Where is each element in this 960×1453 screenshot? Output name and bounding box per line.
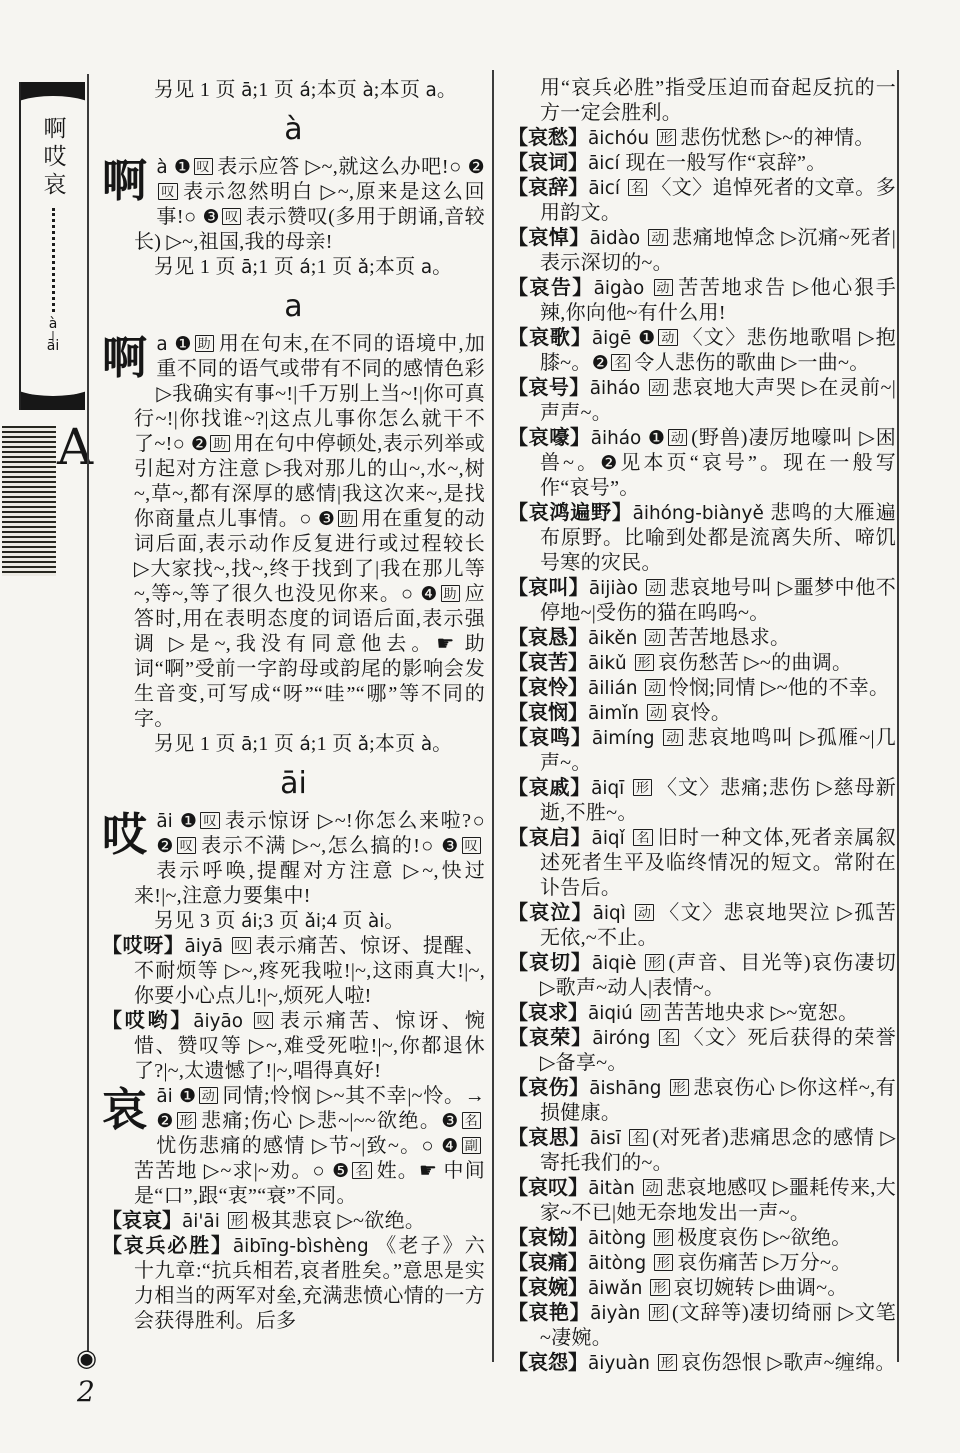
- entry-headword: 【哀泣】: [508, 902, 593, 924]
- entry-headword: 【哀词】: [508, 152, 588, 174]
- pinyin: āiwǎn: [588, 1278, 648, 1299]
- section-pinyin-header: à: [102, 112, 485, 148]
- text-run: 。: [384, 910, 404, 932]
- text-run: 哀怜。: [670, 702, 731, 724]
- pos-tag: 动: [663, 729, 682, 746]
- text-run: 苦苦地恳求。: [669, 627, 791, 649]
- pinyin: à: [421, 734, 432, 755]
- pos-tag: 助: [210, 435, 229, 452]
- section-pinyin-header: a: [102, 289, 485, 325]
- dict-entry: 【哀告】āigào 动苦苦地求告 ▷他心狠手辣,你向他~有什么用!: [508, 276, 896, 326]
- dict-entry: 【哀辞】āicí 名〈文〉追悼死者的文章。多用韵文。: [508, 176, 896, 226]
- entry-headword: 【哀怜】: [508, 677, 588, 699]
- dict-entry: 【哀伤】āishāng 形悲哀伤心 ▷你这样~,有损健康。: [508, 1076, 896, 1126]
- entry-headword: 【哀怨】: [508, 1352, 588, 1374]
- left-text-column: 另见 1 页 ā;1 页 á;本页 à;本页 a。à啊à ❶叹表示应答 ▷~,就…: [102, 78, 485, 1334]
- pinyin: āicí: [588, 153, 625, 174]
- text-run: 哀切婉转 ▷曲调~。: [674, 1277, 848, 1299]
- tab-headword-characters: 啊哎哀: [37, 116, 70, 200]
- dict-entry: 【哀恳】āikěn 动苦苦地恳求。: [508, 626, 896, 651]
- pinyin: ā: [241, 257, 252, 278]
- text-run: 用“哀兵必胜”指受压迫而奋起反抗的一方一定会胜利。: [540, 77, 896, 124]
- pinyin: āibīng-bìshèng: [233, 1236, 376, 1257]
- pinyin: āitàn: [588, 1178, 640, 1199]
- text-run: ;3 页: [258, 910, 305, 932]
- sense-number: ❸: [441, 835, 459, 857]
- text-run: 。: [432, 733, 452, 755]
- dict-entry: 【哀怨】āiyuàn 形哀伤怨恨 ▷歌声~缠绵。: [508, 1351, 896, 1376]
- text-run: 同情;怜悯 ▷~其不幸|~怜。→: [222, 1085, 485, 1107]
- pinyin: āi: [156, 1086, 179, 1107]
- pinyin: āiqī: [591, 778, 631, 799]
- entry-headword: 【哀启】: [508, 827, 592, 849]
- pos-tag: 形: [649, 1304, 668, 1321]
- pinyin: a: [421, 257, 432, 278]
- text-run: 。: [437, 79, 457, 101]
- dict-entry: 【哀思】āisī 名(对死者)悲痛思念的感情 ▷寄托我们的~。: [508, 1126, 896, 1176]
- text-run: 现在一般写作“哀辞”。: [625, 152, 826, 174]
- pos-tag: 名: [352, 1162, 371, 1179]
- entry-headword: 【哀恸】: [508, 1227, 588, 1249]
- headword-character: 哎: [102, 811, 147, 859]
- pos-tag: 动: [668, 429, 687, 446]
- dict-entry: 【哀怜】āilián 动怜悯;同情 ▷~他的不幸。: [508, 676, 896, 701]
- dict-entry: 【哀求】āiqiú 动苦苦地央求 ▷~宽恕。: [508, 1001, 896, 1026]
- pos-tag: 形: [658, 1354, 677, 1371]
- entry-headword: 【哀婉】: [508, 1277, 588, 1299]
- text-run: 令人悲伤的歌曲 ▷一曲~。: [634, 352, 869, 374]
- entry-headword: 【哀艳】: [508, 1302, 590, 1324]
- entry-headword: 【哀叹】: [508, 1177, 588, 1199]
- pinyin: āidào: [590, 228, 647, 249]
- pinyin: āiqiè: [592, 953, 643, 974]
- text-run: 哀伤痛苦 ▷万分~。: [677, 1252, 851, 1274]
- dict-entry: 【哀悼】āidào 动悲痛地悼念 ▷沉痛~死者|表示深切的~。: [508, 226, 896, 276]
- page-number: 2: [77, 1378, 95, 1406]
- dict-entry: 【哀兵必胜】āibīng-bìshèng 《老子》六十九章:“抗兵相若,哀者胜矣…: [102, 1234, 485, 1334]
- text-run: 表示呼唤,提醒对方注意 ▷~,快过来!|~,注意力要集中!: [134, 860, 485, 907]
- pinyin: ǎ: [358, 734, 369, 755]
- pos-tag: 动: [645, 629, 664, 646]
- entry-headword: 【哀鸿遍野】: [508, 502, 633, 524]
- pinyin: āisī: [590, 1128, 627, 1149]
- pinyin: á: [299, 80, 310, 101]
- text-run: ;1 页: [252, 256, 299, 278]
- pinyin: ǎ: [358, 257, 369, 278]
- entry-headword: 【哀悯】: [508, 702, 588, 724]
- text-run: ;本页: [369, 256, 421, 278]
- dict-entry: 【哀切】āiqiè 形(声音、目光等)哀伤凄切 ▷歌声~动人|表情~。: [508, 951, 896, 1001]
- pinyin: āigào: [594, 278, 652, 299]
- text-run: ;1 页: [252, 733, 299, 755]
- text-run: ;1 页: [311, 256, 358, 278]
- sense-number: ❶: [179, 1085, 197, 1107]
- dict-entry: 【哀嚎】āiháo ❶动(野兽)凄厉地嚎叫 ▷困兽~。❷见本页“哀号”。现在一般…: [508, 426, 896, 501]
- right-column-rule: [897, 70, 899, 1362]
- text-run: 苦苦地 ▷~求|~劝。○: [134, 1160, 332, 1182]
- entry-headword: 【哀戚】: [508, 777, 591, 799]
- character-entry: 啊à ❶叹表示应答 ▷~,就这么办吧!○ ❷叹表示忽然明白 ▷~,原来是这么回事…: [102, 155, 485, 255]
- entry-continuation: 用“哀兵必胜”指受压迫而奋起反抗的一方一定会胜利。: [508, 76, 896, 126]
- pinyin: āilián: [588, 678, 643, 699]
- center-column-rule: [492, 70, 494, 1362]
- text-run: ;本页: [374, 79, 426, 101]
- pos-tag: 动: [635, 904, 654, 921]
- pinyin: ǎi: [305, 911, 321, 932]
- pinyin: á: [299, 257, 310, 278]
- entry-headword: 【哀伤】: [508, 1077, 589, 1099]
- tab-pinyin-range: à | āi: [47, 318, 59, 353]
- section-pinyin-header: āi: [102, 766, 485, 802]
- sense-number: ❷: [156, 1110, 174, 1132]
- pinyin: ā: [241, 734, 252, 755]
- dict-entry: 【哀悯】āimǐn 动哀怜。: [508, 701, 896, 726]
- entry-headword: 【哀鸣】: [508, 727, 592, 749]
- sense-number: ❹: [420, 583, 438, 605]
- dict-entry: 【哀叫】āijiào 动悲哀地号叫 ▷噩梦中他不停地~|受伤的猫在呜呜~。: [508, 576, 896, 626]
- pinyin: āihóng-biànyě: [633, 503, 771, 524]
- pos-tag: 形: [657, 129, 676, 146]
- sense-number: ❷: [600, 452, 620, 474]
- dict-entry: 【哀痛】āitòng 形哀伤痛苦 ▷万分~。: [508, 1251, 896, 1276]
- entry-headword: 【哀悼】: [508, 227, 590, 249]
- pos-tag: 名: [462, 1112, 481, 1129]
- pos-tag: 形: [645, 954, 664, 971]
- pinyin: āiqì: [593, 903, 633, 924]
- character-entry: 啊a ❶助用在句末,在不同的语境中,加重不同的语气或带有不同的感情色彩 ▷我确实…: [102, 332, 485, 732]
- dict-entry: 【哀号】āiháo 动悲哀地大声哭 ▷在灵前~|声声~。: [508, 376, 896, 426]
- see-also-line: 另见 3 页 ái;3 页 ǎi;4 页 ài。: [102, 909, 485, 934]
- pinyin: āikǔ: [588, 653, 633, 674]
- pos-tag: 叹: [462, 837, 481, 854]
- entry-headword: 【哀告】: [508, 277, 594, 299]
- sense-number: ❷: [592, 352, 609, 374]
- see-also-line: 另见 1 页 ā;1 页 á;1 页 ǎ;本页 a。: [102, 255, 485, 280]
- sense-number: ❷: [468, 156, 485, 178]
- pinyin: āiháo: [591, 428, 648, 449]
- dict-entry: 【哀词】āicí 现在一般写作“哀辞”。: [508, 151, 896, 176]
- pinyin: āiyàn: [590, 1303, 647, 1324]
- pos-tag: 形: [654, 1254, 673, 1271]
- pinyin: āimǐn: [588, 703, 645, 724]
- pos-tag: 形: [633, 779, 652, 796]
- sense-number: ❸: [318, 508, 336, 530]
- text-run: 忧伤悲痛的感情 ▷节~|致~。○: [156, 1135, 441, 1157]
- sense-number: ❶: [648, 427, 666, 449]
- entry-headword: 【哀求】: [508, 1002, 588, 1024]
- text-run: 悲痛;伤心 ▷悲~|~~欲绝。: [200, 1110, 441, 1132]
- entry-headword: 【哀恳】: [508, 627, 588, 649]
- pos-tag: 动: [643, 1179, 662, 1196]
- pos-tag: 名: [629, 1129, 648, 1146]
- text-run: 另见 1 页: [154, 79, 241, 101]
- headword-character: 哀: [102, 1086, 147, 1134]
- pinyin: à: [363, 80, 374, 101]
- pinyin: a: [426, 80, 437, 101]
- text-run: ;4 页: [321, 910, 368, 932]
- entry-headword: 【哀荣】: [508, 1027, 592, 1049]
- sense-number: ❺: [332, 1160, 350, 1182]
- dict-entry: 【哀恸】āitòng 形极度哀伤 ▷~欲绝。: [508, 1226, 896, 1251]
- pinyin: ā: [241, 80, 252, 101]
- text-run: 另见 1 页: [154, 733, 241, 755]
- pinyin: āimíng: [592, 728, 662, 749]
- sense-number: ❶: [174, 156, 192, 178]
- sense-number: ❸: [441, 1110, 459, 1132]
- pos-tag: 动: [647, 704, 666, 721]
- pos-tag: 动: [649, 379, 668, 396]
- sense-number: ❷: [156, 835, 174, 857]
- entry-headword: 【哀痛】: [508, 1252, 588, 1274]
- sense-number: ❶: [638, 327, 656, 349]
- headword-character: 啊: [102, 157, 147, 205]
- character-entry: 哎āi ❶叹表示惊讶 ▷~!你怎么来啦?○ ❷叹表示不满 ▷~,怎么搞的!○ ❸…: [102, 809, 485, 909]
- dict-entry: 【哀婉】āiwǎn 形哀切婉转 ▷曲调~。: [508, 1276, 896, 1301]
- pinyin: āigē: [592, 328, 638, 349]
- pinyin: āi: [156, 811, 180, 832]
- pos-tag: 形: [177, 1112, 196, 1129]
- text-run: 另见 1 页: [154, 256, 241, 278]
- dict-entry: 【哀戚】āiqī 形〈文〉悲痛;悲伤 ▷慈母新逝,不胜~。: [508, 776, 896, 826]
- pinyin: āijiào: [589, 578, 644, 599]
- text-run: 应答时,用在表明态度的词语后面,表示强调 ▷是~,我没有同意他去。☛ 助词“啊”…: [134, 583, 485, 730]
- sense-number: ❶: [174, 333, 192, 355]
- pos-tag: 形: [635, 654, 654, 671]
- text-run: 表示应答 ▷~,就这么办吧!○: [217, 156, 468, 178]
- pos-tag: 动: [658, 329, 677, 346]
- dict-entry: 【哀荣】āiróng 名〈文〉死后获得的荣誉 ▷备享~。: [508, 1026, 896, 1076]
- pinyin: āiqiú: [588, 1003, 639, 1024]
- dict-entry: 【哀鸣】āimíng 动悲哀地鸣叫 ▷孤雁~|几声~。: [508, 726, 896, 776]
- text-run: 另见 3 页: [154, 910, 241, 932]
- pinyin: ái: [241, 911, 257, 932]
- text-run: 悲伤忧愁 ▷~的神情。: [680, 127, 875, 149]
- sense-number: ❶: [180, 810, 199, 832]
- pos-tag: 形: [654, 1229, 673, 1246]
- dict-entry: 【哀叹】āitàn 动悲哀地感叹 ▷噩耗传来,大家~不已|她无奈地发出一声~。: [508, 1176, 896, 1226]
- pos-tag: 叹: [177, 837, 196, 854]
- right-text-column: 用“哀兵必胜”指受压迫而奋起反抗的一方一定会胜利。【哀愁】āichóu 形悲伤忧…: [508, 76, 896, 1376]
- sense-number: ❸: [202, 206, 220, 228]
- see-also-line: 另见 1 页 ā;1 页 á;1 页 ǎ;本页 à。: [102, 732, 485, 757]
- pos-tag: 动: [199, 1087, 218, 1104]
- pinyin: āiyā: [185, 936, 230, 957]
- entry-headword: 【哀苦】: [508, 652, 588, 674]
- entry-headword: 【哀愁】: [508, 127, 588, 149]
- pinyin: āiqǐ: [592, 828, 632, 849]
- entry-headword: 【哀嚎】: [508, 427, 591, 449]
- pos-tag: 名: [659, 1029, 678, 1046]
- pos-tag: 助: [338, 510, 357, 527]
- entry-headword: 【哎呀】: [102, 935, 185, 957]
- pos-tag: 叹: [200, 812, 219, 829]
- text-run: 极度哀伤 ▷~欲绝。: [677, 1227, 851, 1249]
- thumb-index-tab: 啊哎哀 à | āi: [19, 82, 85, 410]
- pos-tag: 动: [654, 279, 673, 296]
- see-also-line: 另见 1 页 ā;1 页 á;本页 à;本页 a。: [102, 78, 485, 103]
- entry-headword: 【哀歌】: [508, 327, 592, 349]
- dictionary-page: 啊哎哀 à | āi A 另见 1 页 ā;1 页 á;本页 à;本页 a。à啊…: [0, 0, 960, 1453]
- dict-entry: 【哀泣】āiqì 动〈文〉悲哀地哭泣 ▷孤苦无依,~不止。: [508, 901, 896, 951]
- pos-tag: 叹: [222, 208, 241, 225]
- dict-entry: 【哀歌】āigē ❶动〈文〉悲伤地歌唱 ▷抱膝~。❷名令人悲伤的歌曲 ▷一曲~。: [508, 326, 896, 376]
- pos-tag: 动: [648, 229, 667, 246]
- headword-character: 啊: [102, 334, 147, 382]
- sense-number: ❹: [441, 1135, 459, 1157]
- dict-entry: 【哀苦】āikǔ 形哀伤愁苦 ▷~的曲调。: [508, 651, 896, 676]
- text-run: 哀伤愁苦 ▷~的曲调。: [658, 652, 853, 674]
- pinyin: á: [299, 734, 310, 755]
- entry-headword: 【哀号】: [508, 377, 590, 399]
- pos-tag: 名: [628, 179, 647, 196]
- dict-entry: 【哀艳】āiyàn 形(文辞等)凄切绮丽 ▷文笔~凄婉。: [508, 1301, 896, 1351]
- pinyin: āiyuàn: [588, 1353, 656, 1374]
- pos-tag: 形: [650, 1279, 669, 1296]
- text-run: 苦苦地央求 ▷~宽恕。: [664, 1002, 859, 1024]
- entry-headword: 【哀叫】: [508, 577, 589, 599]
- text-run: 。: [432, 256, 452, 278]
- pos-tag: 叹: [254, 1012, 273, 1029]
- pinyin: āiháo: [590, 378, 647, 399]
- entry-headword: 【哀思】: [508, 1127, 590, 1149]
- pinyin: āiróng: [592, 1028, 657, 1049]
- tab-bottom-cap: [21, 384, 85, 410]
- text-run: ;1 页: [311, 733, 358, 755]
- pos-tag: 叹: [194, 158, 213, 175]
- pinyin: āiyāo: [193, 1011, 251, 1032]
- dict-entry: 【哎哟】āiyāo 叹表示痛苦、惊讶、惋惜、赞叹等 ▷~,难受死啦!|~,你都退…: [102, 1009, 485, 1084]
- pos-tag: 形: [228, 1212, 247, 1229]
- character-entry: 哀āi ❶动同情;怜悯 ▷~其不幸|~怜。→ ❷形悲痛;伤心 ▷悲~|~~欲绝。…: [102, 1084, 485, 1209]
- dict-entry: 【哀哀】āi'āi 形极其悲哀 ▷~欲绝。: [102, 1209, 485, 1234]
- sense-number: ❷: [191, 433, 209, 455]
- pos-tag: 叹: [232, 937, 251, 954]
- entry-headword: 【哀辞】: [508, 177, 588, 199]
- text-run: 哀伤怨恨 ▷歌声~缠绵。: [681, 1352, 896, 1374]
- pos-tag: 助: [441, 585, 460, 602]
- pinyin: āicí: [588, 178, 626, 199]
- pinyin: āichóu: [588, 128, 655, 149]
- dict-entry: 【哀愁】āichóu 形悲伤忧愁 ▷~的神情。: [508, 126, 896, 151]
- text-run: ;本页: [369, 733, 421, 755]
- text-run: ;1 页: [252, 79, 299, 101]
- entry-headword: 【哀切】: [508, 952, 592, 974]
- pos-tag: 副: [462, 1137, 481, 1154]
- pinyin: āi'āi: [182, 1211, 226, 1232]
- footer-bullseye-icon: ◉: [76, 1346, 97, 1370]
- pos-tag: 动: [641, 1004, 660, 1021]
- pos-tag: 助: [195, 335, 214, 352]
- pinyin: āitòng: [588, 1228, 652, 1249]
- pos-tag: 叹: [158, 183, 177, 200]
- pinyin: āitòng: [588, 1253, 652, 1274]
- margin-stripe-block: [2, 426, 56, 576]
- tab-top-cap: [21, 82, 85, 108]
- text-run: ;本页: [311, 79, 363, 101]
- pos-tag: 动: [645, 679, 664, 696]
- dict-entry: 【哀鸿遍野】āihóng-biànyě 悲鸣的大雁遍布原野。比喻到处都是流离失所…: [508, 501, 896, 576]
- pos-tag: 形: [670, 1079, 689, 1096]
- entry-headword: 【哎哟】: [102, 1010, 193, 1032]
- pinyin: āikěn: [588, 628, 643, 649]
- pinyin: ài: [368, 911, 384, 932]
- left-column-rule: [87, 74, 89, 1352]
- pinyin: āishāng: [589, 1078, 667, 1099]
- text-run: 表示不满 ▷~,怎么搞的!○: [200, 835, 441, 857]
- entry-headword: 【哀兵必胜】: [102, 1235, 233, 1257]
- dict-entry: 【哀启】āiqǐ 名旧时一种文体,死者亲属叙述死者生平及临终情况的短文。常附在讣…: [508, 826, 896, 901]
- pos-tag: 动: [646, 579, 665, 596]
- text-run: 极其悲哀 ▷~欲绝。: [251, 1210, 425, 1232]
- tab-dotted-line: [52, 208, 55, 312]
- text-run: 表示惊讶 ▷~!你怎么来啦?○: [224, 810, 485, 832]
- pos-tag: 名: [633, 829, 652, 846]
- pinyin: à: [156, 157, 174, 178]
- tab-range-end: āi: [47, 340, 59, 353]
- text-run: 怜悯;同情 ▷~他的不幸。: [669, 677, 890, 699]
- pos-tag: 名: [611, 354, 630, 371]
- entry-headword: 【哀哀】: [102, 1210, 182, 1232]
- pinyin: a: [156, 334, 174, 355]
- dict-entry: 【哎呀】āiyā 叹表示痛苦、惊讶、提醒、不耐烦等 ▷~,疼死我啦!|~,这雨真…: [102, 934, 485, 1009]
